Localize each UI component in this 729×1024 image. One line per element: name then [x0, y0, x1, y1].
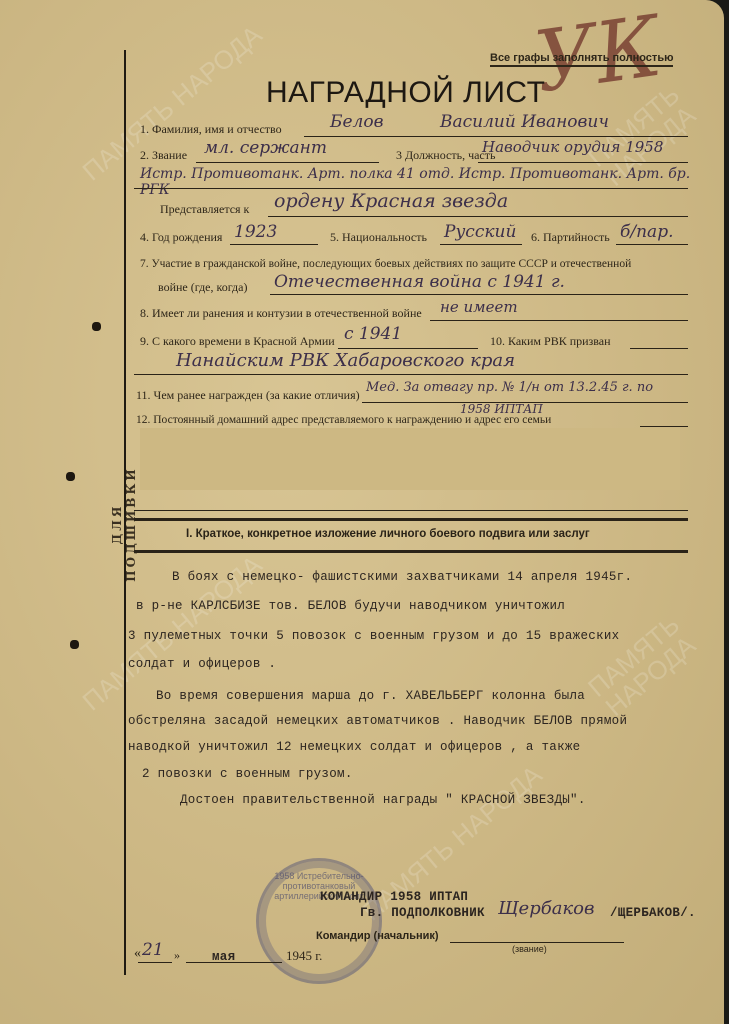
field-label: 11. Чем ранее награжден (за какие отличи…	[136, 388, 360, 403]
field-label: 1. Фамилия, имя и отчество	[140, 122, 282, 136]
narrative-line: Во время совершения марша до г. ХАВЕЛЬБЕ…	[156, 689, 585, 703]
narrative-line: В боях с немецко- фашистскими захватчика…	[172, 570, 632, 584]
punch-hole	[66, 472, 75, 481]
field-label: войне (где, когда)	[158, 280, 247, 295]
field-label: 8. Имеет ли ранения и контузии в отечест…	[140, 306, 422, 321]
underline	[134, 188, 688, 189]
rank-caption: (звание)	[512, 944, 547, 954]
narrative-line: обстреляна засадой немецких автоматчиков…	[128, 714, 627, 728]
section-heading: I. Краткое, конкретное изложение личного…	[186, 528, 590, 540]
field-label: 2. Звание	[140, 148, 187, 162]
narrative-line: Достоен правительственной награды " КРАС…	[180, 793, 586, 807]
conscription-office-value: Нанайским РВК Хабаровского края	[176, 350, 515, 371]
underline	[186, 962, 282, 963]
handwritten-signature: Щербаков	[498, 898, 595, 919]
document-title: НАГРАДНОЙ ЛИСТ	[266, 76, 545, 110]
field-label: 10. Каким РВК призван	[490, 334, 611, 349]
birth-year-value: 1923	[234, 222, 277, 242]
field-label: 5. Национальность	[330, 230, 427, 245]
position-value: Наводчик орудия 1958	[482, 138, 663, 156]
underline	[430, 320, 688, 321]
narrative-line: солдат и офицеров .	[128, 657, 276, 671]
narrative-line: 3 пулеметных точки 5 повозок с военным г…	[128, 629, 619, 643]
underline	[440, 244, 522, 245]
date-year: 1945 г.	[286, 948, 322, 964]
underline	[338, 348, 478, 349]
underline	[640, 426, 688, 427]
narrative-line: 2 повозки с военным грузом.	[142, 767, 353, 781]
field-label: 4. Год рождения	[140, 230, 222, 245]
wounds-value: не имеет	[440, 298, 518, 316]
underline	[450, 942, 624, 943]
rank-value: мл. сержант	[204, 138, 327, 158]
date-day: 21	[142, 940, 164, 960]
nationality-value: Русский	[444, 222, 516, 242]
commander-label: Командир (начальник)	[316, 930, 439, 942]
party-value: б/пар.	[620, 222, 673, 242]
fill-instruction: Все графы заполнять полностью	[490, 52, 673, 67]
field-label: 9. С какого времени в Красной Армии	[140, 334, 335, 349]
field-label: 3 Должность, часть	[396, 148, 495, 163]
punch-hole	[92, 322, 101, 331]
underline	[134, 510, 688, 511]
underline	[304, 136, 688, 137]
official-stamp: 1958 Истребительно-противотанковый артил…	[256, 858, 382, 984]
punch-hole	[70, 640, 79, 649]
award-sheet-page: ПАМЯТЬ НАРОДА ПАМЯТЬ НАРОДА ПАМЯТЬ НАРОД…	[0, 0, 724, 1024]
army-since-value: с 1941	[344, 324, 402, 344]
field-label: 7. Участие в гражданской войне, последую…	[140, 258, 631, 270]
section-divider	[134, 550, 688, 553]
commander-title: КОМАНДИР 1958 ИПТАП	[320, 890, 468, 904]
redacted-address	[140, 428, 680, 490]
field-label: Представляется к	[160, 202, 249, 217]
underline	[268, 216, 688, 217]
underline	[478, 162, 688, 163]
name-value: Василий Иванович	[440, 112, 609, 132]
previous-awards-value: Мед. За отвагу пр. № 1/н от 13.2.45 г. п…	[366, 380, 653, 395]
underline	[270, 294, 688, 295]
underline	[616, 244, 688, 245]
underline	[138, 962, 172, 963]
section-divider	[134, 518, 688, 521]
surname-value: Белов	[330, 112, 384, 132]
field-label: 12. Постоянный домашний адрес представля…	[136, 414, 551, 426]
spine-label: ДЛЯ ПОДШИВКИ	[110, 464, 138, 584]
commander-name: /ЩЕРБАКОВ/.	[610, 906, 696, 920]
narrative-line: в р-не КАРЛСБИЗЕ тов. БЕЛОВ будучи навод…	[136, 599, 565, 613]
award-value: ордену Красная звезда	[274, 190, 508, 212]
underline	[134, 374, 688, 375]
war-participation-value: Отечественная война с 1941 г.	[274, 272, 565, 292]
underline	[196, 162, 379, 163]
underline	[630, 348, 688, 349]
commander-rank: Гв. ПОДПОЛКОВНИК	[360, 906, 485, 920]
narrative-line: наводкой уничтожил 12 немецких солдат и …	[128, 740, 580, 754]
underline	[230, 244, 318, 245]
field-label: 6. Партийность	[531, 230, 610, 245]
